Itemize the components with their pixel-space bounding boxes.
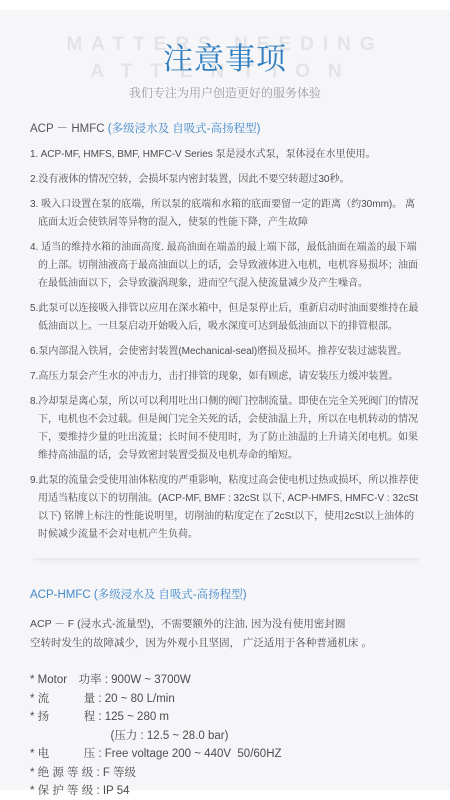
section-divider: [33, 558, 419, 560]
notice-item-3: 3. 吸入口设置在泵的底端，所以泵的底端和水箱的底面要留一定的距离（约30mm)…: [30, 196, 422, 232]
spec-flow-rate: * 流 量 : 20 ~ 80 L/min: [30, 690, 422, 709]
notice-item-1: 1. ACP-MF, HMFS, BMF, HMFC-V Series 泵是浸水…: [30, 146, 422, 164]
notice-item-8: 8.冷却泵是离心泵，所以可以利用吐出口侧的阀门控制流量。即使在完全关死阀门的情况…: [30, 393, 422, 465]
section1-heading: ACP － HMFC (多级浸水及 自吸式-高扬程型): [30, 120, 422, 138]
spec-voltage: * 电 压 : Free voltage 200 ~ 440V 50/60HZ: [30, 745, 422, 764]
notice-item-7: 7.高压力泵会产生水的冲击力，击打排管的现象，如有顾虑，请安装压力缓冲装置。: [30, 368, 422, 386]
notice-item-5: 5.此泵可以连接吸入排管以应用在深水箱中，但是泵停止后，重新启动时油面要维持在最…: [30, 300, 422, 336]
spec-head: * 扬 程 : 125 ~ 280 m: [30, 708, 422, 727]
spec-motor-power: * Motor 功率 : 900W ~ 3700W: [30, 671, 422, 690]
page-title: 注意事项: [0, 43, 450, 77]
notice-item-9: 9.此泵的流量会受使用油体粘度的严重影响，粘度过高会使电机过热或损坏，所以推荐使…: [30, 472, 422, 544]
spec-protection-class: * 保 护 等 级 : IP 54: [30, 782, 422, 800]
notice-content: ACP － HMFC (多级浸水及 自吸式-高扬程型) 1. ACP-MF, H…: [0, 120, 450, 800]
section2-intro: ACP － F (浸水式-流量型)，不需要额外的注油, 因为没有使用密封圈 空转…: [30, 615, 422, 653]
section2-intro-line2: 空转时发生的故障减少，因为外观小且坚固， 广泛适用于各种普通机床 。: [30, 634, 422, 653]
section1-heading-model: ACP － HMFC: [30, 123, 108, 135]
notice-item-6: 6.泵内部混入铁屑，会使密封装置(Mechanical-seal)磨损及损坏。推…: [30, 343, 422, 361]
section1-heading-type: (多级浸水及 自吸式-高扬程型): [108, 123, 261, 135]
page-subtitle: 我们专注为用户创造更好的服务体验: [0, 84, 450, 101]
notice-item-4: 4. 适当的维持水箱的油面高度. 最高油面在端盖的最上端下部，最低油面在端盖的最…: [30, 239, 422, 293]
spec-list: * Motor 功率 : 900W ~ 3700W * 流 量 : 20 ~ 8…: [30, 671, 422, 800]
section2-heading: ACP-HMFC (多级浸水及 自吸式-高扬程型): [30, 586, 422, 604]
spec-insulation-class: * 绝 源 等 级 : F 等级: [30, 764, 422, 783]
notice-card: MATTERS NEEDING ATTENTION 注意事项 我们专注为用户创造…: [0, 10, 450, 790]
page-header: MATTERS NEEDING ATTENTION 注意事项 我们专注为用户创造…: [0, 10, 450, 114]
section2-intro-line1: ACP － F (浸水式-流量型)，不需要额外的注油, 因为没有使用密封圈: [30, 615, 422, 634]
notice-item-2: 2.没有液体的情况空转，会损坏泵内密封装置，因此不要空转超过30秒。: [30, 171, 422, 189]
spec-pressure: (压力 : 12.5 ~ 28.0 bar): [30, 727, 422, 746]
